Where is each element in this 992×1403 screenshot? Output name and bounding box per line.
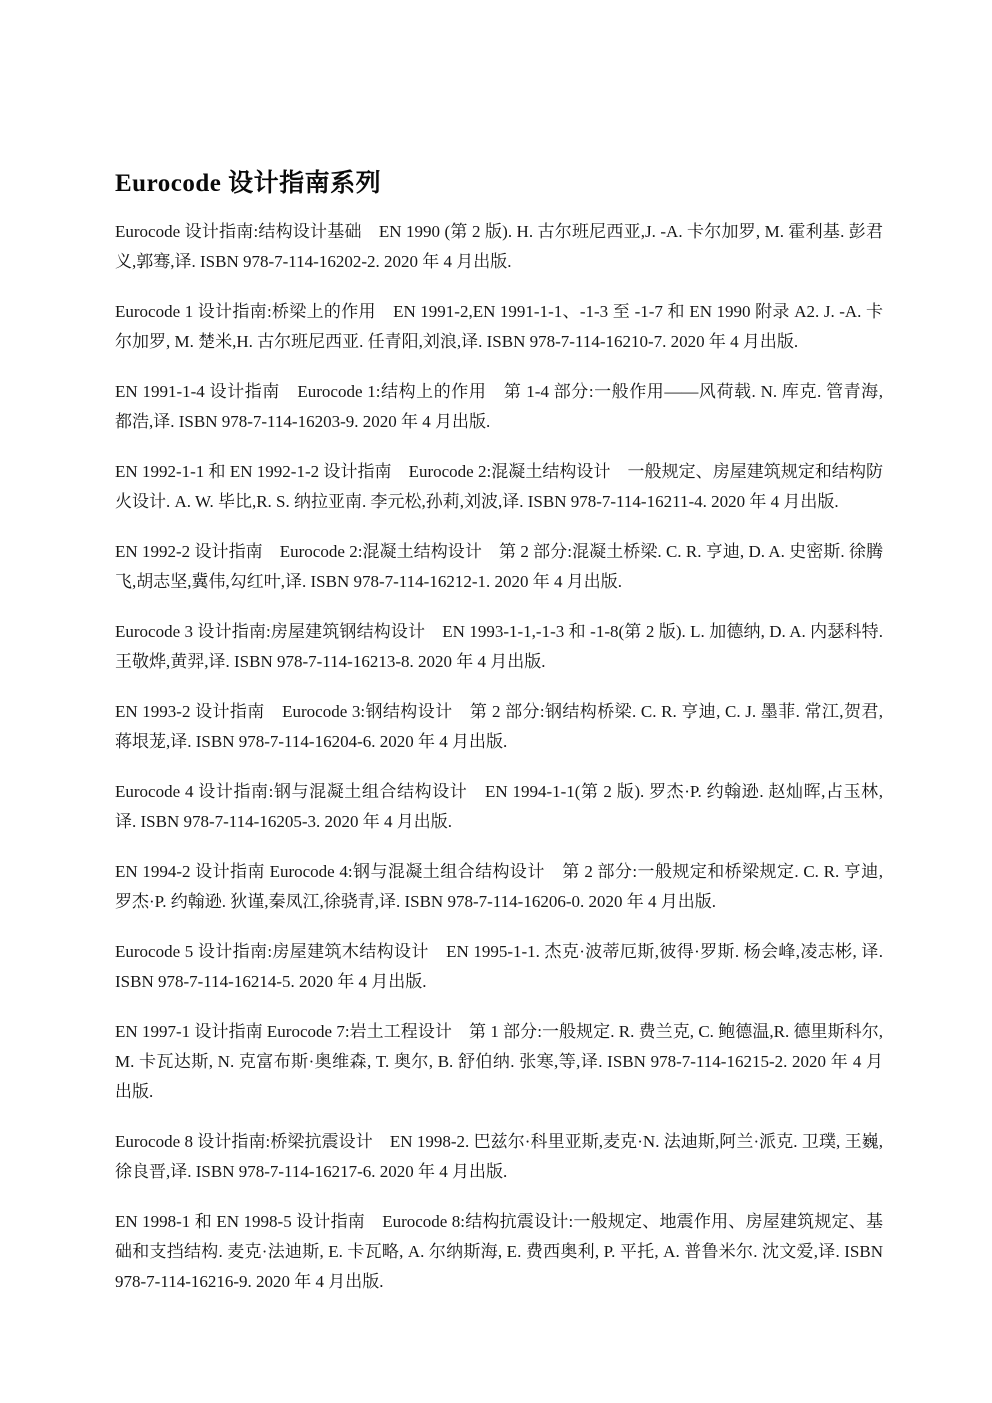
book-entry: EN 1992-1-1 和 EN 1992-1-2 设计指南 Eurocode … <box>115 457 883 517</box>
book-entry: Eurocode 5 设计指南:房屋建筑木结构设计 EN 1995-1-1. 杰… <box>115 937 883 997</box>
book-entry: EN 1997-1 设计指南 Eurocode 7:岩土工程设计 第 1 部分:… <box>115 1017 883 1107</box>
book-entry: EN 1991-1-4 设计指南 Eurocode 1:结构上的作用 第 1-4… <box>115 377 883 437</box>
book-entry: EN 1994-2 设计指南 Eurocode 4:钢与混凝土组合结构设计 第 … <box>115 857 883 917</box>
book-entry: EN 1992-2 设计指南 Eurocode 2:混凝土结构设计 第 2 部分… <box>115 537 883 597</box>
book-entry: Eurocode 4 设计指南:钢与混凝土组合结构设计 EN 1994-1-1(… <box>115 777 883 837</box>
book-entry: Eurocode 8 设计指南:桥梁抗震设计 EN 1998-2. 巴兹尔·科里… <box>115 1127 883 1187</box>
book-entry: EN 1993-2 设计指南 Eurocode 3:钢结构设计 第 2 部分:钢… <box>115 697 883 757</box>
page-content: Eurocode 设计指南系列 Eurocode 设计指南:结构设计基础 EN … <box>115 168 883 1317</box>
page-title: Eurocode 设计指南系列 <box>115 168 883 200</box>
book-page: Eurocode 设计指南系列 Eurocode 设计指南:结构设计基础 EN … <box>0 0 992 1403</box>
book-entry: Eurocode 1 设计指南:桥梁上的作用 EN 1991-2,EN 1991… <box>115 297 883 357</box>
book-entry: EN 1998-1 和 EN 1998-5 设计指南 Eurocode 8:结构… <box>115 1207 883 1297</box>
book-entry: Eurocode 3 设计指南:房屋建筑钢结构设计 EN 1993-1-1,-1… <box>115 617 883 677</box>
book-entry: Eurocode 设计指南:结构设计基础 EN 1990 (第 2 版). H.… <box>115 217 883 277</box>
